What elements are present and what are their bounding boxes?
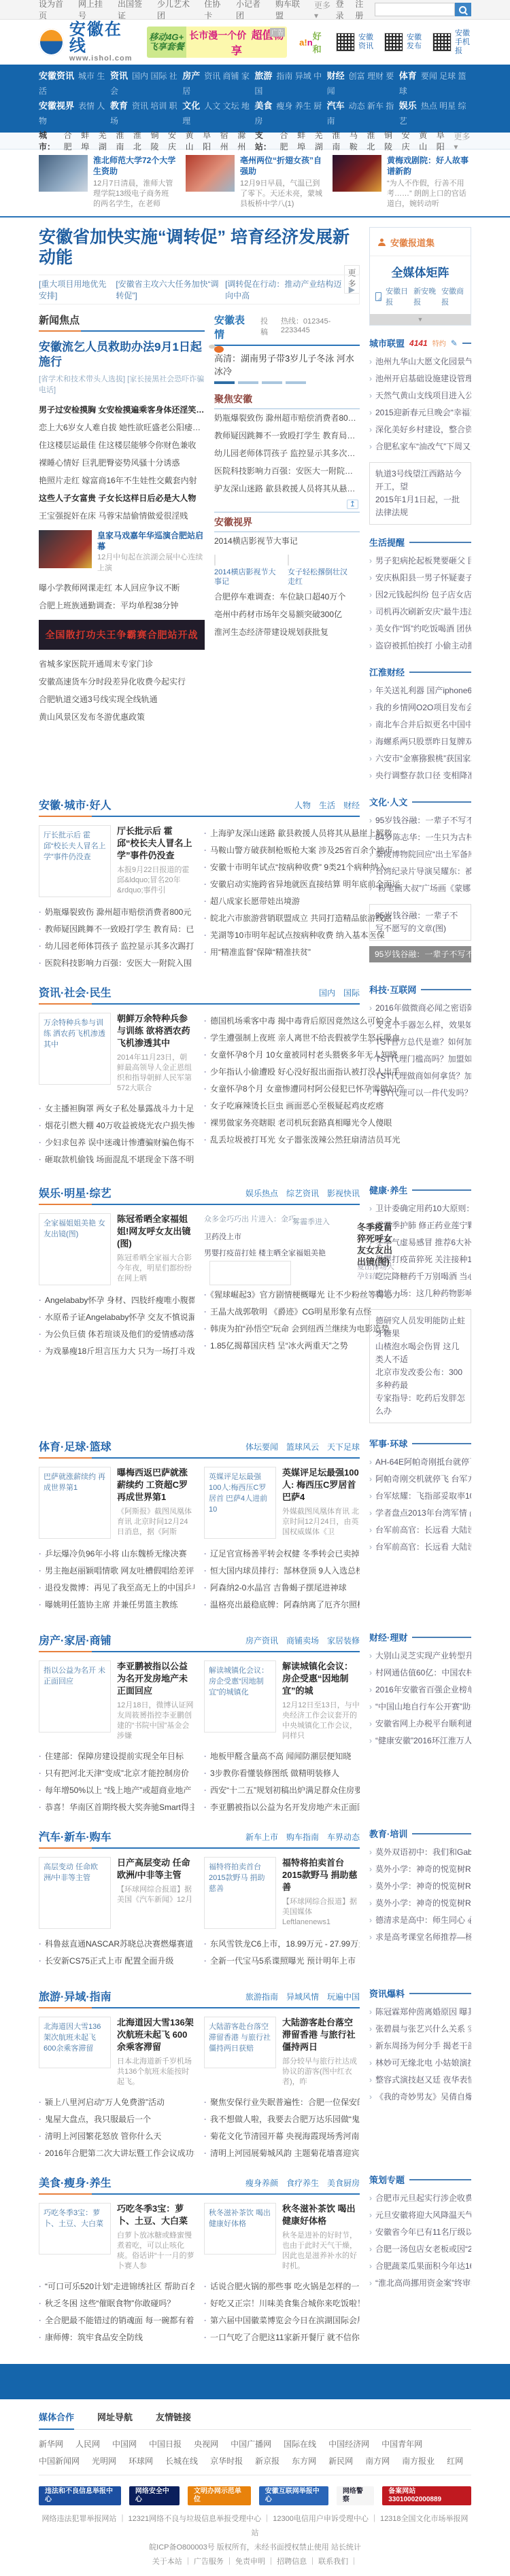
news-list-item[interactable]: 淮河生态经济带建设规划获批复 [214, 623, 360, 641]
footer-link[interactable]: 中国广播网 [231, 2438, 271, 2450]
news-card[interactable]: 全家福姐姐美艳 女友出镜(图) 陈冠希晒全家福姐姐!网友呼女友出镜(图)陈冠希晒… [39, 1213, 194, 1285]
sidebar-list-item[interactable]: 2016年安徽省百强企业榜单将公 [369, 1682, 471, 1699]
news-list-item[interactable]: 康师傅：筑牢食品安全防线 [39, 2329, 194, 2346]
section-tab[interactable]: 娱乐热点 [245, 1187, 278, 1199]
sidebar-list-item[interactable]: 央行调整存款口径 变相降准利好 [369, 767, 471, 784]
news-card[interactable]: 厅长批示后 霍邱“校长夫人冒名上学”事件仍没查 厅长批示后 霍邱“校长夫人冒名上… [39, 825, 194, 897]
sidebar-list-item[interactable]: 池州九华山大愿文化园景气指数 [369, 353, 471, 370]
section-tab[interactable]: 购车指南 [286, 1831, 319, 1843]
news-list-item[interactable]: 王宝强捉奸在床 马蓉宋喆偷情做爱很淫贱 [39, 507, 205, 525]
nav-category[interactable]: 旅游 [254, 71, 272, 81]
photo-slider-dots[interactable] [214, 381, 360, 384]
sidebar-list-item[interactable]: 台军前高官：长远看 大陆设防空 [369, 1522, 471, 1539]
contribute-link[interactable]: 投稿 [260, 315, 275, 337]
news-list-item[interactable]: 清明上河园展菊城风韵 主题菊花墙喜迎宾客 [204, 2145, 360, 2162]
news-list-item[interactable]: 为公负巨债 体若瑄谈及他们的爱情感动落泪爱很简 [39, 1326, 194, 1343]
news-list-item[interactable]: 秋乏冬困 这些“催眠食物”你敢碰吗？ [39, 2295, 194, 2312]
featured-card-image[interactable] [333, 155, 381, 192]
news-card-thumb[interactable]: 万余特种兵参与训练 洒农药飞机渗透其中 [39, 1013, 111, 1085]
news-list-item[interactable]: 退役发微博：再见了我至高无上的中国乒乓球队 [39, 1580, 194, 1597]
sidebar-list-item[interactable]: 大别山灵芝实现产业转型升级 [369, 1648, 471, 1665]
branch-link[interactable]: 阜阳 [437, 129, 448, 152]
news-list-item[interactable]: 李亚鹏被指以公益为名开发房地产未正面回应 [204, 1799, 360, 1816]
sidebar-list-item[interactable]: 虚惊一场：这几种药物影响体检 [369, 1285, 471, 1302]
sidebar-list-item[interactable]: 美女作“饵”约吃饭喝酒 团伙敲 [369, 621, 471, 638]
news-list-item[interactable]: 幼儿园老师体罚孩子 监控显示其多次踢打两女童 [214, 445, 360, 462]
sidebar-list-item[interactable]: “粉笔画大叔”广场画《蒙娜丽 [369, 880, 471, 897]
footer-tab-media[interactable]: 媒体合作 [39, 2410, 74, 2430]
footer-badge[interactable]: 违法和不良信息举报中心 [39, 2486, 121, 2505]
branch-link[interactable]: 淮北 [367, 129, 378, 152]
footer-link[interactable]: 中国经济网 [328, 2438, 369, 2450]
section-tab[interactable]: 家居装修 [327, 1635, 360, 1646]
news-list-item[interactable]: 曝小学教师网课走红 本人回应争议不断 [39, 579, 205, 597]
sidebar-list-item[interactable]: 合肥私家车“油改气”下周又开 [369, 438, 471, 455]
sidebar-list-item[interactable]: TST代理可以一件代发吗？加盟T [369, 1085, 471, 1102]
news-list-item[interactable]: 恭喜！华南区首期终极大奖奔驰Smart得主诞生 [39, 1799, 194, 1816]
footer-tab-nav[interactable]: 网址导航 [97, 2410, 133, 2424]
footer-report-line[interactable]: 网络违法犯罪举报网站 ｜ 12321网络不良与垃圾信息举报受理中心 ｜ 1230… [39, 2512, 471, 2541]
footer-badge[interactable]: 网络安全中心 [129, 2486, 180, 2505]
city-link[interactable]: 合肥 [64, 129, 75, 152]
news-list-item[interactable]: 温格亮出最稳底牌：阿森纳离了厄齐尔照样转 [204, 1597, 360, 1614]
news-card[interactable]: 解读城镇化会议：房企受惠“因地制宜”的城镇化 解读城镇化会议：房企受惠“因地制宜… [204, 1660, 360, 1741]
section-tab[interactable]: 美食厨房 [327, 2177, 360, 2189]
news-list-item[interactable]: 话说合肥火锅的那些事 吃火锅是怎样的一种态度？ [204, 2278, 360, 2295]
news-list-item[interactable]: 男子过安检摸胸 女安检摸遍乘客身体还淫笑（图） [39, 401, 205, 419]
ad-slogan-1: 长市漫一个价 [189, 30, 246, 41]
section-tab[interactable]: 人物 [294, 799, 311, 811]
news-card-thumb[interactable]: 巴萨就涨薪续约 再成世界第1 [39, 1467, 111, 1539]
sidebar-list-item[interactable]: 新东周扬为何分手 揭老干部背后 [369, 2038, 471, 2055]
news-list-item[interactable]: 亳州中药材市场年交易额突破300亿 [214, 606, 360, 623]
top-link[interactable]: 出国签证 [118, 0, 148, 21]
section-tab[interactable]: 体坛要闻 [245, 1441, 278, 1452]
top-more-link[interactable]: 更多 ▾ [314, 0, 336, 20]
news-list-item[interactable]: “可口可乐520计划”走进锦绣社区 帮助百名女性实现自 [39, 2278, 194, 2295]
city-link[interactable]: 宿州 [220, 129, 232, 152]
news-card[interactable]: 大陆游客赴台落空滞留香港 与旅行社僵持两日获赔 大陆游客赴台落空滞留香港 与旅行… [204, 2017, 360, 2087]
footer-link[interactable]: 京华时报 [210, 2455, 243, 2467]
featured-card[interactable]: 黄梅戏剧院：好人故事谱新韵“为人不作假，行善不用考……” 朗朗上口的官话道白，婉… [333, 155, 470, 209]
video-thumb-image[interactable] [288, 555, 289, 565]
top-link[interactable]: 网上挂号 [78, 0, 109, 21]
sidebar-list-item[interactable]: 安徽省网上办税平台顺利通过安 [369, 1716, 471, 1733]
city-more-link[interactable]: 更多 ▾ [454, 130, 471, 152]
chevron-right-icon[interactable]: ▶ [349, 285, 355, 294]
sidebar-list-item[interactable]: 六安市“金寨猕猴桃”获国家地 [369, 750, 471, 767]
top-link[interactable]: 住协卡 [204, 0, 227, 21]
nav-category[interactable]: 安徽资讯 [39, 71, 74, 81]
footer-about-links[interactable]: 关于本站 ｜ 广告服务 ｜ 免责申明 ｜ 招聘信息 ｜ 联系我们 ｜ [39, 2555, 471, 2569]
news-card[interactable]: 指以公益为名开 未正面回应 李亚鹏被指以公益为名开发房地产未正面回应12月18日… [39, 1660, 194, 1741]
footer-link[interactable]: 人民网 [75, 2438, 100, 2450]
news-list-item[interactable]: 奶瓶爆裂致伤 滁州超市赔偿消费者800元 [39, 904, 194, 921]
top-link[interactable]: 小记者团 [236, 0, 267, 21]
footer-link[interactable]: 中国日报 [149, 2438, 182, 2450]
sidebar-list-item[interactable]: 艾克干手器怎么样，效果如何好 [369, 1017, 471, 1034]
news-list-item[interactable]: 一口气吃了合肥这11家新开餐厅 就不信你全都吃过 [204, 2329, 360, 2346]
news-list-item[interactable]: 裸睡心情好 巨乳肥臀姿势风骚十分诱惑 [39, 454, 205, 472]
sidebar-list-item[interactable]: 安庆枞阳县一男子怀疑妻子外遇 [369, 570, 471, 587]
branch-link[interactable]: 淮南 [332, 129, 343, 152]
section-tab[interactable]: 新车上市 [245, 1831, 278, 1843]
news-list-item[interactable]: 合肥轨道交通3号线实现全线轨通 [39, 691, 205, 708]
news-list-item[interactable]: 西安“十二五”规划初稿出炉满足群众住房要求 [204, 1782, 360, 1799]
news-card[interactable]: 高层变动 任命欧洲/中非等主管 日产高层变动 任命欧洲/中非等主管【环球网综合报… [39, 1857, 194, 1929]
section-tab[interactable]: 篮球风云 [286, 1441, 319, 1452]
footer-link[interactable]: 东方网 [292, 2455, 316, 2467]
news-card[interactable]: 福特将拍卖首台2015款野马 捐助慈善 福特将拍卖首台2015款野马 捐助慈善【… [204, 1857, 360, 1929]
thumb-news-image[interactable] [39, 530, 92, 568]
branch-link[interactable]: 黄山 [419, 129, 430, 152]
news-card[interactable]: 巴萨就涨薪续约 再成世界第1 曝梅西返巴萨就涨薪续约 工资超C罗再成世界第1《阿… [39, 1467, 194, 1539]
branch-link[interactable]: 铜陵 [384, 129, 396, 152]
sidebar-list-item[interactable]: 张碧晨与张艺兴什么关系 实力派 [369, 2021, 471, 2038]
footer-tab-friends[interactable]: 友情链接 [156, 2410, 191, 2424]
sidebar-list-item[interactable]: 台军前高官：长远看 大陆设防空 [369, 1539, 471, 1556]
news-list-item[interactable]: 砸取款机偷钱 场面混乱不堪现金下落不明 [39, 1151, 194, 1168]
news-list-item[interactable]: 省城多家医院开通周末专家门诊 [39, 655, 205, 673]
news-card-thumb[interactable]: 指以公益为名开 未正面回应 [39, 1660, 111, 1733]
sidebar-list-item[interactable]: TST代理门槛高吗？加盟如何收 [369, 1051, 471, 1068]
section-tab[interactable]: 财经 [343, 799, 360, 811]
footer-badge[interactable]: 安徽互联网举报中心 [259, 2486, 328, 2505]
sidebar-list-item[interactable]: 安徽省今年已有11名厅级以上干 [369, 2224, 471, 2241]
news-list-item[interactable]: 颍上八里河启动“万人免费游”活动 [39, 2094, 194, 2111]
news-list-item[interactable]: 女主播袒胸罩 两女子私处暴露战斗力十足好可怕 [39, 1100, 194, 1117]
sidebar-list-item[interactable]: 莫外小学：神奇的悦览树Readin [369, 1895, 471, 1912]
footer-link[interactable]: 央视网 [194, 2438, 218, 2450]
sidebar-list-item[interactable]: 因2元钱起纠纷 包子店女店主被 [369, 587, 471, 604]
city-link[interactable]: 淮北 [133, 129, 145, 152]
news-card-thumb[interactable]: 大陆游客赴台落空滞留香港 与旅行社僵持两日获赔 [204, 2017, 276, 2068]
footer-link[interactable]: 环球网 [129, 2455, 153, 2467]
news-list-item[interactable]: 男主拖赵丽颖唱情歌 网友吐槽假唱给差评（图） [39, 1563, 194, 1580]
top-link[interactable]: 设为首页 [39, 0, 69, 21]
sidebar-list-item[interactable]: 村网通估值60亿：中国农村互联 [369, 1665, 471, 1682]
search-input[interactable] [375, 3, 455, 16]
section-tab[interactable]: 瘦身养颜 [245, 2177, 278, 2189]
news-card[interactable]: 北海道因大雪136架次航班未起飞 600余乘客滞留 北海道因大雪136架次航班未… [39, 2017, 194, 2087]
footer-link[interactable]: 中国新闻网 [39, 2455, 80, 2467]
footer-link[interactable]: 新民网 [328, 2455, 353, 2467]
news-card-thumb[interactable]: 高层变动 任命欧洲/中非等主管 [39, 1857, 111, 1929]
sidebar-list-item[interactable]: 秦陵博物院回应“出土军备库” [369, 846, 471, 863]
section-tab[interactable]: 旅游指南 [245, 1991, 278, 2002]
media-matrix-title: 全媒体矩阵 [370, 256, 471, 285]
section-tab[interactable]: 商铺卖场 [286, 1635, 319, 1646]
video-thumb[interactable]: 2014横店影视节大事记 [214, 555, 281, 587]
section-tab[interactable]: 国内 [319, 987, 335, 998]
top-link[interactable]: 少儿艺术团 [157, 0, 195, 21]
quote-box[interactable]: 轨道3号线望江西路站今开工，望2015年1月1日起，一批法律法规 [369, 462, 471, 525]
news-list-item[interactable]: 幼儿园老师体罚孩子 监控显示其多次踢打两女童 [39, 938, 194, 955]
sidebar-list-item[interactable]: 天然气黄山支线项目进入公示 [369, 387, 471, 404]
news-focus-header: 新闻焦点 [39, 313, 205, 332]
sidebar-list-item[interactable]: 盗窃被抓怕挨打 小偷主动报警找 [369, 638, 471, 655]
sidebar-list-item[interactable]: 德清求是高中：师生同心 必夺桂 [369, 1912, 471, 1929]
news-list-item[interactable]: 长安新CS75正式上市 配置全面升级 [39, 1953, 194, 1970]
sidebar-list-item[interactable]: 莫外双语初中：我们和Gabby有 [369, 1844, 471, 1861]
health-box[interactable]: 德研究人员发明能防止蛀牙糖果山楂泡水喝会伤胃 这几类人不适北京市发改委公布：30… [369, 1309, 471, 1423]
news-card-thumb[interactable]: 厅长批示后 霍邱“校长夫人冒名上学”事件仍没查 [39, 825, 111, 897]
nav-category[interactable]: 美食 [254, 101, 272, 111]
footer-badge[interactable]: 备案网站 33010002000889 [382, 2486, 471, 2505]
news-list-item[interactable]: 聚焦安保行业失眠普遍性：合肥一位保安的求助电话 [204, 2094, 360, 2111]
featured-card[interactable]: 亳州两位“折翅女孩”自强助12月9日早晨，气温已到了零下。天还未亮，蒙城县板桥中… [186, 155, 323, 209]
headline-sublink[interactable]: [重大项目用地优先安排] [39, 278, 112, 301]
site-header: 安徽在线 www.ishol.com 移动4G+ 飞享套餐 长市漫一个价 超值畅… [0, 20, 510, 65]
news-list-item[interactable]: 第六届中国徽菜博览会今日在滨湖国际会展中心亮相 [204, 2312, 360, 2329]
sidebar-list-item[interactable]: 莫外小学：神奇的悦览树Readin [369, 1861, 471, 1878]
register-link[interactable]: 注册 [355, 0, 368, 21]
news-list-item[interactable]: 全新一代宝马5系谍照曝光 预计明年上市 [204, 1953, 360, 1970]
news-list-item[interactable]: 合肥上班族通勤调查：平均单程38分钟 [39, 597, 205, 614]
section-tab[interactable]: 车界动态 [327, 1831, 360, 1843]
news-list-item[interactable]: 这些人子女富贵 子女长这样日后必是大人物 [39, 489, 205, 507]
news-list-item[interactable]: 2014横店影视节大事记 [214, 532, 360, 550]
news-card-thumb[interactable]: 全家福姐姐美艳 女友出镜(图) [39, 1213, 111, 1285]
sidebar-list-item[interactable]: 南北车合并后拟更名中国中车 总 [369, 716, 471, 733]
sidebar-list-item[interactable]: 我的乡情网O2O项目发布会圆满 [369, 699, 471, 716]
section-tab[interactable]: 异域风情 [286, 1991, 319, 2002]
sidebar-list-item[interactable]: 整容式演技赵又廷 夜华表情包火 [369, 2072, 471, 2089]
footer-link[interactable]: 南方网 [365, 2455, 390, 2467]
section-tab[interactable]: 玩遍中国 [327, 1991, 360, 2002]
nav-category[interactable]: 财经 [327, 71, 345, 81]
news-list-item[interactable]: 住建部：保障房建设提前实现全年目标 [39, 1748, 194, 1765]
featured-card[interactable]: 淮北师范大学72个大学生资助12月7日清晨，淮师大管理学院13级电子商务班的两名… [39, 155, 176, 209]
news-card[interactable]: 秋冬滋补茶饮 喝出健康好体格 秋冬滋补茶饮 喝出健康好体格秋冬是进补的好时节，也… [204, 2203, 360, 2272]
sidebar-list-item[interactable]: 海螺系两只股票昨日复牌双双涨 [369, 733, 471, 750]
branch-link[interactable]: 安庆 [402, 129, 413, 152]
sidebar-list-item[interactable]: 95岁钱谷融：一辈子不写不愿写 [369, 812, 471, 829]
news-card-thumb[interactable]: 福特将拍卖首台2015款野马 捐助慈善 [204, 1857, 276, 1929]
photo-caption[interactable]: 高清：湖南男子带3岁儿子冬泳 河水冰冷 [214, 351, 360, 377]
top-links: 设为首页网上挂号出国签证少儿艺术团住协卡小记者团购车联盟 [39, 0, 306, 21]
video-thumb[interactable]: 女子轻松撂倒壮汉走红 [288, 555, 354, 587]
branch-link[interactable]: 芜湖 [315, 129, 326, 152]
sidebar-list-item[interactable]: 合肥市元旦起实行涉企收费清单 [369, 2190, 471, 2207]
sidebar-list-item[interactable]: “中国山地自行车公开赛”助推 [369, 1699, 471, 1716]
sidebar-list-item[interactable]: 男子犯病抡起板凳要砸父 民警身 [369, 553, 471, 570]
news-list-item[interactable]: 合肥停车难调查：车位缺口超40万个 [214, 588, 360, 606]
city-link[interactable]: 阜阳 [203, 129, 214, 152]
sidebar-list-item[interactable]: 求是高考课堂名师推荐—杨玉珍 [369, 1929, 471, 1946]
sidebar-list-item[interactable]: 莫外小学：神奇的悦览树Readin [369, 1878, 471, 1895]
news-list-item[interactable]: 驴友深山迷路 歙县救援人员将其从悬崖上解救 [214, 480, 360, 498]
paper-link[interactable]: 新安晚报 [413, 285, 437, 307]
branch-link[interactable]: 马鞍 [350, 129, 361, 152]
news-card[interactable]: 英媒评足坛最强100人:梅西压C罗居首 巴萨4人进前10 英媒评足坛最强100人… [204, 1467, 360, 1539]
culture-feature-box[interactable]: 95岁钱谷融：一辈子不写不愿写的文章(图) [369, 904, 471, 941]
news-list-item[interactable]: 黄山风景区发布冬游优惠政策 [39, 708, 205, 726]
sidebar-list-item[interactable]: 84岁陈志华：一生只为古村落 [369, 829, 471, 846]
footer-link[interactable]: 长城在线 [165, 2455, 198, 2467]
share-up-icon[interactable]: ↥ [347, 500, 358, 509]
edit-icon[interactable]: ✎ [451, 338, 458, 348]
news-list-item[interactable]: 清明上河园繁花怒放 管你什么天 [39, 2128, 194, 2145]
section-tab[interactable]: 影视快讯 [327, 1187, 360, 1199]
news-list-item[interactable]: 鬼屋大盘点，我只服最后一个 [39, 2111, 194, 2128]
news-list-item[interactable]: 烟花引燃大棚 40万收益被烧光农户损失惨重 [39, 1117, 194, 1134]
focus-headline[interactable]: 安徽流乞人员救助办法9月1日起施行 [39, 340, 205, 370]
sidebar-list-item[interactable]: “淮北高尚挪用资金案”终审维 [369, 2275, 471, 2292]
nav-category[interactable]: 房产 [182, 71, 200, 81]
city-link[interactable]: 淮南 [116, 129, 127, 152]
news-list-item[interactable]: 每年增50%以上 “线上地产”或超商业地产 [39, 1782, 194, 1799]
news-list-item[interactable]: 只有把河北天津“变成”北京才能控制房价 [39, 1765, 194, 1782]
search-button[interactable] [455, 3, 471, 16]
city-link[interactable]: 滁州 [237, 129, 249, 152]
paper-link[interactable]: 安徽商报 [441, 285, 465, 307]
thumb-news-item[interactable]: 皇家马戏嘉年华巡演合肥站启幕12月中旬起在滨湖会展中心连续上演 [39, 530, 205, 574]
news-card-thumb[interactable]: 北海道因大雪136架次航班未起飞 600余乘客滞留 [39, 2017, 111, 2068]
nav-category[interactable]: 教育 [110, 101, 128, 111]
news-list-item[interactable]: 教师疑因跳舞不一致殴打学生 教育局：已辞退 [214, 427, 360, 445]
report-collection-link[interactable]: 安徽报道集 [390, 236, 435, 249]
sidebar-list-item[interactable]: 台湾纪录片导演吴耀东：被现实 [369, 863, 471, 880]
headline-sublink[interactable]: [调转促在行动：推动产业结构迈向中高 [225, 278, 345, 301]
banner-ad[interactable]: 移动4G+ 飞享套餐 长市漫一个价 超值畅享 广告 [147, 27, 287, 58]
nav-category[interactable]: 资讯 [110, 71, 128, 81]
nav-category[interactable]: 安徽视界 [39, 101, 74, 111]
sidebar-list-item[interactable]: 元旦安徽将迎大风降温天气 平均 [369, 2207, 471, 2224]
footer-badge[interactable]: 网络警察 [337, 2486, 374, 2505]
main-headline[interactable]: 安徽省加快实施“调转促” 培育经济发展新动能 [39, 228, 350, 267]
news-list-item[interactable]: 医院科技影响力百强：安医大一附院入围 安徽唯一 [214, 462, 360, 480]
news-list-item[interactable]: 地板甲醛含量高不高 闻闻防潮层便知晓 [204, 1748, 360, 1765]
sidebar-list-item[interactable]: 合肥一汤包店女老板或因“2元钱 [369, 2241, 471, 2258]
nav-category[interactable]: 体育 [399, 71, 417, 81]
sidebar-list-item[interactable]: 林妙可无缘北电 小姑娘演技不过 [369, 2055, 471, 2072]
news-list-item[interactable]: 好吃又正宗！川味美食集合城你来吃饭啦！ [204, 2295, 360, 2312]
news-list-item[interactable]: 恒大国内球员排行：郜林登顶 9人入选总榜前50 [204, 1563, 360, 1580]
sidebar-list-item[interactable]: 司机再次刷新安庆“最牛违法车 [369, 604, 471, 621]
city-link[interactable]: 蚌埠 [81, 129, 92, 152]
culture-header: 文化·人文 [369, 795, 471, 808]
section-tab[interactable]: 综艺资讯 [286, 1187, 319, 1199]
news-list-item[interactable]: 为戏暴瘦18斤坦言压力大 只为一场打斗戏 [39, 1343, 194, 1360]
news-list-item[interactable]: 2016年合肥第二次大讲坛暨工作会议成功举办 [39, 2145, 194, 2162]
footer-link[interactable]: 南方报业 [402, 2455, 435, 2467]
nav-category[interactable]: 汽车 [327, 101, 345, 111]
sidebar-list-item[interactable]: 池州开启基础设施建设管理“PP [369, 370, 471, 387]
section-tab[interactable]: 天下足球 [327, 1441, 360, 1452]
footer-link[interactable]: 新京报 [255, 2455, 279, 2467]
news-card[interactable]: 万余特种兵参与训练 洒农药飞机渗透其中 朝鲜万余特种兵参与训练 欲将洒农药飞机渗… [39, 1013, 194, 1094]
sidebar-list-item[interactable]: TST官方总代是谁？如何加盟？T [369, 1034, 471, 1051]
sidebar-list-item[interactable]: TST代理做商如何拿货？加盟TST [369, 1068, 471, 1085]
nav-category[interactable]: 娱乐 [399, 101, 417, 111]
news-list-item[interactable]: 菊花文化节清园开幕 央视海霞现场秀河南话 [204, 2128, 360, 2145]
sidebar-list-item[interactable]: 年关送礼利器 国产iphone6爆发 [369, 682, 471, 699]
footer-badge[interactable]: 文明办网示范单位 [188, 2486, 251, 2505]
featured-card-image[interactable] [39, 155, 88, 192]
sidebar-list-item[interactable]: 深化美好乡村建设，整合资源改 [369, 421, 471, 438]
news-list-item[interactable]: 3步教你看懂装修图纸 做精明装修人 [204, 1765, 360, 1782]
section-tab[interactable]: 国际 [343, 987, 360, 998]
login-link[interactable]: 登录 [336, 0, 349, 21]
sidebar-list-item[interactable]: AH-64E阿帕奇刚抵台就停飞 称 [369, 1454, 471, 1471]
nav-category[interactable]: 文化 [182, 101, 200, 111]
chevron-down-icon[interactable]: ▼ [370, 314, 471, 325]
news-card-thumb[interactable]: 秋冬滋补茶饮 喝出健康好体格 [204, 2203, 276, 2255]
news-list-item[interactable]: 恋上大6岁女人难自拔 她性欲旺盛老公阳痿不举 [39, 419, 205, 436]
paper-link[interactable]: 安徽日报 [386, 285, 409, 307]
news-card[interactable]: 巧吃冬季3宝：萝卜、土豆、大白菜 巧吃冬季3宝：萝卜、土豆、大白菜白萝卜放冰糖或… [39, 2203, 194, 2272]
branch-link[interactable]: 合肥 [280, 129, 292, 152]
focus-sublinks[interactable]: [省学术和技术带头人选拔] [家长接黑社会恐吓诈骗电话] [39, 374, 205, 396]
finance-header: 财经·理财 [369, 1631, 471, 1643]
news-card-thumb[interactable]: 巧吃冬季3宝：萝卜、土豆、大白菜 [39, 2203, 111, 2255]
footer-link[interactable]: 红网 [447, 2455, 463, 2467]
news-list-item[interactable]: 安徽高速货车分时段差异化收费今起实行 [39, 673, 205, 691]
sidebar-list-item[interactable]: 合肥蔬菜瓜果面积今年达163万 [369, 2258, 471, 2275]
sidebar-list-item[interactable]: “健康安徽”2016环江淮万人骑 [369, 1733, 471, 1750]
news-list-item[interactable]: 科鲁兹直通NASCAR苏晓总决赛燃爆赛道！ [39, 1936, 194, 1953]
news-list-item[interactable]: 辽足官宣杨善平转会权健 冬季转会已卖掉两主力 [204, 1546, 360, 1563]
news-list-item[interactable]: 教师疑因跳舞不一致殴打学生 教育局：已辞退 [39, 921, 194, 938]
footer-link[interactable]: 国际在线 [284, 2438, 316, 2450]
footer-link[interactable]: 中国青年网 [381, 2438, 422, 2450]
news-list-item[interactable]: 医院科技影响力百强：安医大一附院入围 安徽唯一 [39, 955, 194, 972]
sidebar-list-item[interactable]: 陈冠霖郑仲茵离婚原因 曝其狗血 [369, 2004, 471, 2021]
city-link[interactable]: 芜湖 [99, 129, 110, 152]
news-list-item[interactable]: 曝姚明任篮协主席 并兼任男篮主教练 [39, 1597, 194, 1614]
news-list-item[interactable]: 全合肥最不能错过的销魂面 每一碗都有着幸福的味道 [39, 2312, 194, 2329]
news-list-item[interactable]: 我不想做人啦，我要去合肥万达乐园做“鬼” [204, 2111, 360, 2128]
sidebar-list-item[interactable]: 阿帕奇刚交机就停飞 台军方：须 [369, 1471, 471, 1488]
news-card-thumb[interactable]: 英媒评足坛最强100人:梅西压C罗居首 巴萨4人进前10 [204, 1467, 276, 1539]
footer-link[interactable]: 中国网 [112, 2438, 137, 2450]
sidebar-list-item[interactable]: 《我的奇妙男友》吴倩自爆怀孕 [369, 2089, 471, 2106]
city-link[interactable]: 黄山 [186, 129, 197, 152]
news-list-item[interactable]: 乒坛爆冷负96年小将 山东魏桥无缘决赛 [39, 1546, 194, 1563]
video-thumb-image[interactable] [214, 555, 216, 565]
section-society: 资讯·社会·民生 国内国际 万余特种兵参与训练 洒农药飞机渗透其中 朝鲜万余特种… [39, 972, 471, 1172]
section-tab[interactable]: 食疗养生 [286, 2177, 319, 2189]
sidebar-list-item[interactable]: 2015迎新春元旦晚会“幸福黄山 [369, 404, 471, 421]
top-link[interactable]: 购车联盟 [275, 0, 306, 21]
news-list-item[interactable]: Angelababy怀孕 身材、四肢纤瘦唯小腹微凸 [39, 1292, 194, 1309]
person-icon [378, 239, 386, 246]
news-card-thumb[interactable]: 解读城镇化会议：房企受惠“因地制宜”的城镇化 [204, 1660, 276, 1733]
news-list-item[interactable]: 水原希子证Angelababy怀孕 交友不慎说漏嘴! [39, 1309, 194, 1326]
section-tab[interactable]: 房产资讯 [245, 1635, 278, 1646]
promo-banner[interactable]: 全国散打功夫王争霸赛合肥站开战 [39, 620, 205, 650]
city-link[interactable]: 铜陵 [150, 129, 162, 152]
news-list-item[interactable]: 阿森纳2-0水晶宫 吉鲁蝎子摆尾进神球 [204, 1580, 360, 1597]
city-link[interactable]: 安庆 [168, 129, 180, 152]
news-list-item[interactable]: 东风雪铁龙C6上市，18.99万元 - 27.99万元 [204, 1936, 360, 1953]
featured-card-image[interactable] [186, 155, 235, 192]
news-list-item[interactable]: 住这楼层运最佳 住这楼层能够令你财色兼收 [39, 436, 205, 454]
sidebar-list-item[interactable]: 学者盘点2013年台湾军情 凸显“ [369, 1505, 471, 1522]
headline-sublink[interactable]: [安徽省主攻六大任务加快“调转促”] [116, 278, 221, 301]
sidebar-list-item[interactable]: 台军炫耀：飞指部妥取率100% [369, 1488, 471, 1505]
footer-link[interactable]: 光明网 [92, 2455, 116, 2467]
news-list-item[interactable]: 艳照片走红 嫁富商16年不生娃性交戴套内射 [39, 472, 205, 489]
news-list-item[interactable]: 奶瓶爆裂致伤 滁州超市赔偿消费者800元 [214, 409, 360, 427]
news-list-item[interactable]: 少妇求包养 误中迷魂计惨遭骗财骗色悔不当初令人唏嘘 [39, 1134, 194, 1151]
footer-link[interactable]: 新华网 [39, 2438, 63, 2450]
branch-link[interactable]: 蚌埠 [297, 129, 309, 152]
section-tab[interactable]: 生活 [319, 799, 335, 811]
sidebar-list-item[interactable]: 2016年做微商必闻之密语陈欢瑶 [369, 1000, 471, 1017]
site-logo[interactable]: 安徽在线 www.ishol.com [39, 22, 135, 63]
